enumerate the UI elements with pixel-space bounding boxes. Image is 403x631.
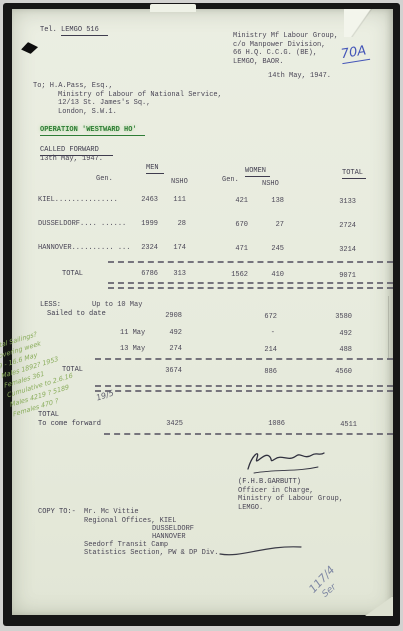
recipient-line: 12/13 St. James's Sq., — [58, 99, 150, 107]
signatory-name: (F.H.B.GARBUTT) — [238, 478, 301, 486]
less-rule-bottom — [95, 385, 393, 392]
forward-label-1: TOTAL — [38, 411, 59, 420]
signatory-title: Officer in Charge, — [238, 487, 314, 495]
column-group-women: WOMEN — [245, 167, 270, 177]
cell-total: 3214 — [339, 246, 356, 255]
copy-to-label: COPY TO:- — [38, 508, 76, 517]
tel-prefix: Tel. — [40, 26, 61, 34]
cell-women-nsho: 245 — [271, 245, 284, 254]
pen-flourish — [218, 542, 304, 558]
cell-total: 3133 — [339, 198, 356, 207]
signatory-block: (F.H.B.GARBUTT)Officer in Charge,Ministr… — [238, 478, 343, 512]
less-total-0: 3580 — [335, 313, 352, 322]
telephone-line: Tel. LEMGO 516 — [40, 26, 108, 36]
cell-men-nsho: 313 — [173, 270, 186, 279]
column-group-men: MEN — [146, 164, 164, 174]
handwritten-signature — [238, 447, 333, 477]
forward-label-2: To come forward — [38, 420, 101, 429]
forward-rule — [104, 433, 393, 435]
less-period-0: Up to 10 May — [92, 301, 142, 310]
cell-women-gen: 421 — [235, 197, 248, 206]
less-total-women: 886 — [264, 368, 277, 377]
total-rule-bottom — [108, 282, 393, 289]
cell-men-gen: 1999 — [141, 220, 158, 229]
operation-title: OPERATION 'WESTWARD HO' — [40, 126, 145, 136]
copy-to-recipient: Mr. Mc Vittie — [84, 508, 139, 517]
cell-men-nsho: 174 — [173, 244, 186, 253]
copy-to-statistics: Statistics Section, PW & DP Div. — [84, 549, 218, 558]
forward-women: 1086 — [268, 420, 285, 429]
recipient-line: Ministry of Labour of National Service, — [58, 91, 222, 99]
cell-total: 9071 — [339, 272, 356, 281]
sender-line: Ministry Mf Labour Group, — [233, 32, 338, 40]
cell-men-gen: 2324 — [141, 244, 158, 253]
cell-men-nsho: 111 — [173, 196, 186, 205]
subheader-men-nsho: NSHO — [171, 178, 188, 187]
cell-women-gen: 471 — [235, 245, 248, 254]
statement-date: 13th May, 1947. — [40, 155, 103, 164]
cell-women-nsho: 410 — [271, 271, 284, 280]
less-men-2: 274 — [169, 345, 182, 354]
sender-line: LEMGO, BAOR. — [233, 58, 283, 66]
copy-to-regional-offices: Regional Offices, KIEL — [84, 517, 176, 526]
row-label: HANNOVER.......... ... — [38, 244, 130, 253]
forward-total: 4511 — [340, 421, 357, 430]
column-group-total: TOTAL — [342, 169, 366, 179]
less-total-2: 488 — [339, 346, 352, 355]
paper-tab-fold — [150, 4, 196, 12]
recipient-line: London, S.W.1. — [58, 108, 117, 116]
subheader-women-gen: Gen. — [222, 176, 239, 185]
less-rule-top — [95, 358, 393, 360]
cell-total: 2724 — [339, 222, 356, 231]
right-edge-crease — [388, 296, 389, 358]
less-men-1: 492 — [169, 329, 182, 338]
less-total-1: 492 — [339, 330, 352, 339]
subheader-women-nsho: NSHO — [262, 180, 279, 189]
tel-number: LEMGO 516 — [61, 26, 108, 36]
cell-women-nsho: 27 — [276, 221, 284, 230]
forward-men: 3425 — [166, 420, 183, 429]
letter-date: 14th May, 1947. — [268, 72, 331, 81]
sender-address-block: Ministry Mf Labour Group,c/o Manpower Di… — [233, 32, 338, 66]
sender-line: c/o Manpower Division, — [233, 41, 325, 49]
cell-women-gen: 670 — [235, 221, 248, 230]
less-women-1: - — [271, 329, 275, 338]
cell-women-nsho: 138 — [271, 197, 284, 206]
signatory-org: Ministry of Labour Group, — [238, 495, 343, 503]
signatory-location: LEMGO. — [238, 504, 263, 512]
less-men-0: 2908 — [165, 312, 182, 321]
cell-men-nsho: 28 — [178, 220, 186, 229]
recipient-to-line: To; H.A.Pass, Esq., — [33, 82, 113, 91]
cell-men-gen: 2463 — [141, 196, 158, 205]
row-label: KIEL............... — [38, 196, 118, 205]
subheader-men-gen: Gen. — [96, 175, 113, 184]
top-right-crease — [344, 9, 393, 37]
less-label: LESS: — [40, 301, 61, 310]
less-women-2: 214 — [264, 346, 277, 355]
cell-men-gen: 6786 — [141, 270, 158, 279]
recipient-address-block: Ministry of Labour of National Service,1… — [58, 91, 222, 117]
less-total-men: 3674 — [165, 367, 182, 376]
row-label: DUSSELDORF.... ...... — [38, 220, 126, 229]
cell-women-gen: 1562 — [231, 271, 248, 280]
total-rule-top — [108, 261, 393, 263]
total-label: TOTAL — [62, 270, 83, 279]
scanned-document-page: Tel. LEMGO 516 70A Ministry Mf Labour Gr… — [0, 0, 403, 631]
sender-line: 66 H.Q. C.C.G. (BE), — [233, 49, 317, 57]
less-total-total: 4560 — [335, 368, 352, 377]
less-women-0: 672 — [264, 313, 277, 322]
